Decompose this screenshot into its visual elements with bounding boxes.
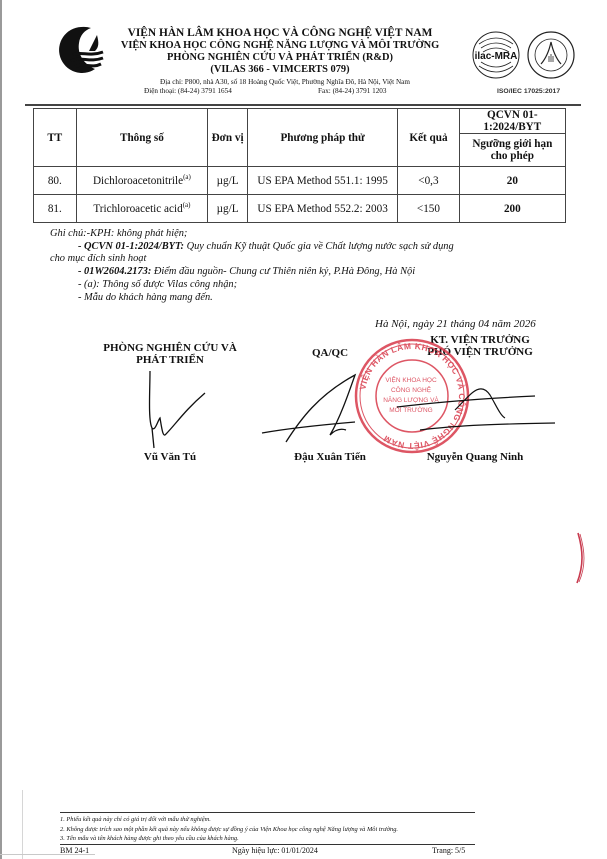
note-customer: - Mẫu do khách hàng mang đến. [78,292,213,303]
col-header-limit: Ngưỡng giới hạn cho phép [459,134,565,167]
cell-unit: µg/L [208,195,248,223]
col-header-unit: Đơn vị [208,109,248,167]
cell-tt: 81. [34,195,77,223]
note-vilas: - (a): Thông số được Vilas công nhận; [78,279,237,290]
cell-result: <0,3 [398,167,459,195]
signature-nguyen-quang-ninh [397,389,555,430]
cell-parameter: Dichloroacetonitrile(a) [76,167,208,195]
cell-method: US EPA Method 552.2: 2003 [248,195,398,223]
note-qcvn: - QCVN 01-1:2024/BYT: Quy chuẩn Kỹ thuật… [78,241,454,252]
signature-dau-xuan-tien [262,375,355,442]
institute-logo-icon [55,25,107,75]
note-sample: - 01W2604.2173: Điểm đầu nguồn- Chung cư… [78,266,415,277]
iso-standard: ISO/IEC 17025:2017 [497,88,560,95]
signer-name-1: Vũ Văn Tú [85,451,255,463]
org-phone: Điện thoại: (84-24) 3791 1654 [144,87,232,95]
header-divider [25,104,581,106]
results-table: TT Thông số Đơn vị Phương pháp thử Kết q… [33,108,566,223]
org-name-line1: VIỆN HÀN LÂM KHOA HỌC VÀ CÔNG NGHỆ VIỆT … [120,27,440,39]
scan-edge [0,0,2,859]
signature-vu-van-tu [150,371,206,448]
footer-note-3: 3. Tên mẫu và tên khách hàng được ghi th… [60,835,239,842]
org-accreditation: (VILAS 366 - VIMCERTS 079) [120,64,440,75]
svg-text:ilac-MRA: ilac-MRA [475,51,518,62]
page-number: Trang: 5/5 [432,846,465,855]
svg-text:NĂNG LƯỢNG VÀ: NĂNG LƯỢNG VÀ [383,395,439,404]
effective-date: Ngày hiệu lực: 01/01/2024 [232,846,318,855]
col-header-parameter: Thông số [76,109,208,167]
col-header-standard: QCVN 01-1:2024/BYT [459,109,565,134]
org-name-line2: VIỆN KHOA HỌC CÔNG NGHỆ NĂNG LƯỢNG VÀ MÔ… [120,40,440,51]
table-row: 81. Trichloroacetic acid(a) µg/L US EPA … [34,195,566,223]
boa-accreditation-logo-icon [526,30,576,80]
note-kph: Ghi chú:-KPH: không phát hiện; [50,228,187,239]
svg-text:MÔI TRƯỜNG: MÔI TRƯỜNG [389,405,433,414]
svg-text:VIỆN KHOA HỌC: VIỆN KHOA HỌC [385,375,437,384]
col-header-tt: TT [34,109,77,167]
cell-result: <150 [398,195,459,223]
form-code: BM 24-1 [60,846,89,855]
qaqc-title: QA/QC [280,347,380,359]
dept-title: PHÒNG NGHIÊN CỨU VÀPHÁT TRIỂN [85,342,255,366]
col-header-method: Phương pháp thử [248,109,398,167]
cell-limit: 20 [459,167,565,195]
stamp-edge-mark-icon [577,533,582,583]
signer-name-3: Nguyễn Quang Ninh [400,451,550,463]
cell-tt: 80. [34,167,77,195]
note-qcvn-cont: cho mục đích sinh hoạt [50,253,146,264]
cell-limit: 200 [459,195,565,223]
org-address: Địa chỉ: P800, nhà A30, số 18 Hoàng Quốc… [130,78,440,86]
org-name-line3: PHÒNG NGHIÊN CỨU VÀ PHÁT TRIỂN (R&D) [120,52,440,63]
svg-text:CÔNG NGHỆ: CÔNG NGHỆ [391,385,432,394]
cell-method: US EPA Method 551.1: 1995 [248,167,398,195]
org-fax: Fax: (84-24) 3791 1203 [318,87,386,95]
director-title: KT. VIỆN TRƯỞNGPHÓ VIỆN TRƯỞNG [395,334,565,358]
ilac-mra-logo-icon: ilac-MRA [471,30,521,80]
table-row: 80. Dichloroacetonitrile(a) µg/L US EPA … [34,167,566,195]
signer-name-2: Đậu Xuân Tiến [260,451,400,463]
footer-divider [60,844,475,845]
footer-note-2: 2. Không được trích sao một phần kết quả… [60,826,398,833]
footer-note-1: 1. Phiếu kết quả này chỉ có giá trị đối … [60,816,211,823]
cell-unit: µg/L [208,167,248,195]
issue-date: Hà Nội, ngày 21 tháng 04 năm 2026 [375,318,536,330]
footer-divider [60,812,475,813]
scan-edge [22,790,23,859]
col-header-result: Kết quả [398,109,459,167]
cell-parameter: Trichloroacetic acid(a) [76,195,208,223]
